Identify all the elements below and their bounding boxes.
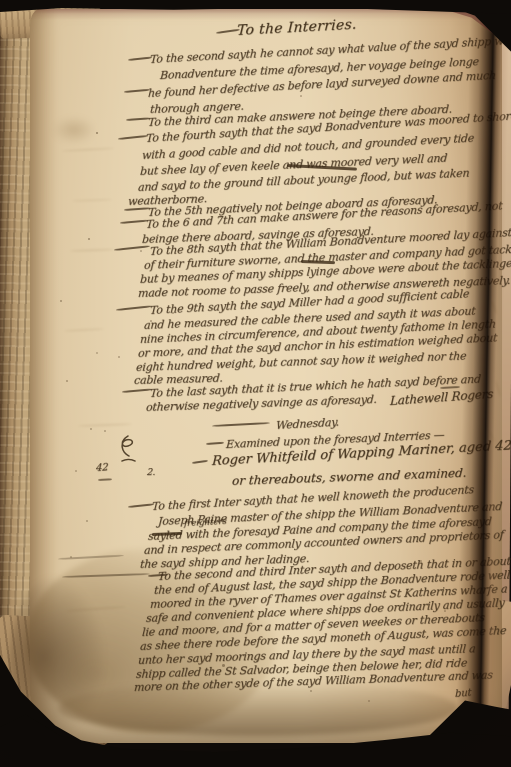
ink-dash	[58, 555, 124, 560]
ink-dash	[62, 573, 150, 578]
heading: To the Interries.	[237, 18, 358, 40]
ink-dash	[114, 245, 150, 250]
ink-dash	[116, 305, 152, 310]
margin-number: 42	[96, 462, 109, 474]
ink-dash	[128, 56, 152, 60]
ink-dash	[206, 442, 224, 445]
ink-dash	[124, 207, 150, 210]
ink-dash	[124, 89, 150, 93]
ink-dash	[212, 422, 270, 427]
ink-dash	[120, 220, 148, 224]
ink-dash	[128, 503, 154, 507]
ink-dash	[118, 135, 148, 140]
ink-dash	[192, 460, 208, 464]
ink-dash	[126, 117, 150, 120]
margin-flourish-mark	[116, 434, 140, 464]
manuscript-photo: To the Interries.To the second sayth he …	[0, 0, 511, 767]
date-note: Wednesday.	[276, 417, 340, 432]
ink-dash	[122, 388, 152, 392]
ink-layer: To the Interries.To the second sayth he …	[0, 0, 511, 767]
margin-number-2: 2.	[146, 469, 155, 479]
ink-dash	[98, 478, 112, 480]
ink-dash	[440, 386, 460, 389]
